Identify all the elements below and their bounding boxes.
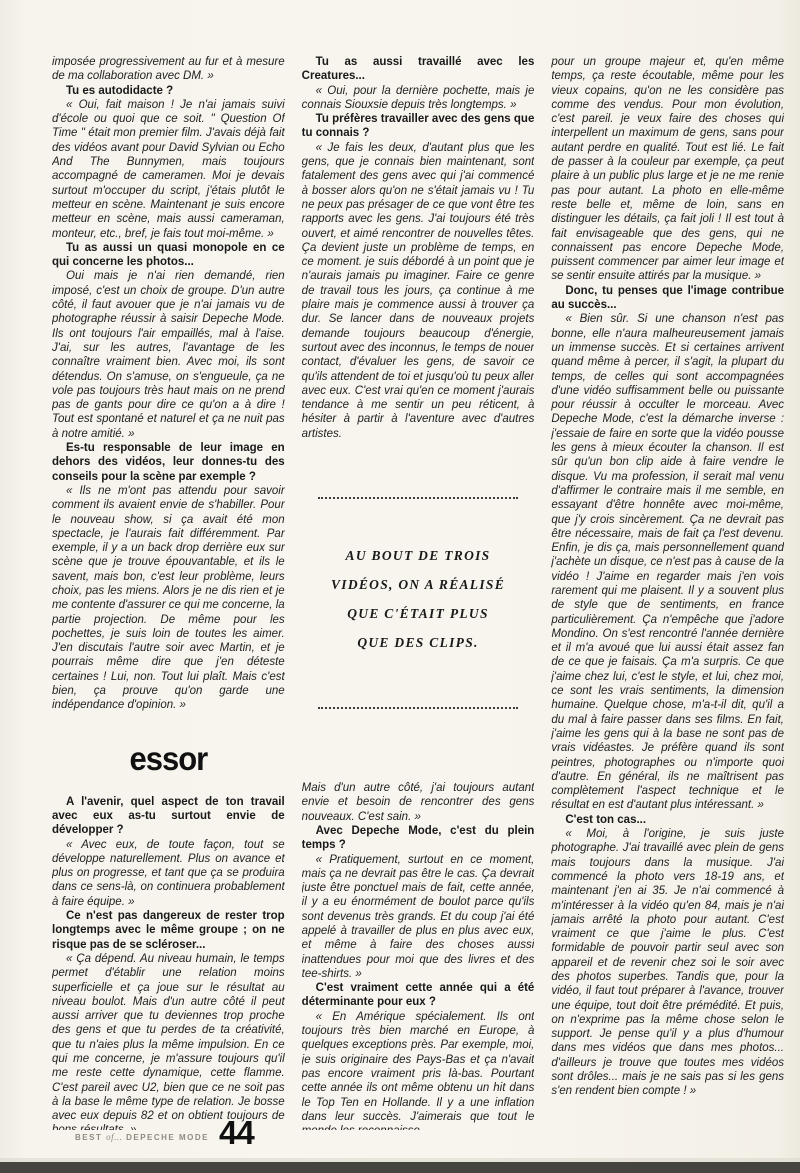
answer-paragraph: « Pratiquement, surtout en ce moment, ma… [302,853,535,982]
column-right: pour un groupe majeur et, qu'en même tem… [551,55,784,1130]
page-number: 44 [219,1118,254,1148]
question-paragraph: Tu es autodidacte ? [52,84,285,98]
pull-quote: AU BOUT DE TROIS VIDÉOS, ON A RÉALISÉ QU… [302,541,535,657]
magazine-title: BEST of... DEPECHE MODE [75,1132,209,1148]
answer-paragraph: imposée progressivement au fur et à mesu… [52,55,285,84]
answer-paragraph: « Avec eux, de toute façon, tout se déve… [52,838,285,909]
column-left: imposée progressivement au fur et à mesu… [52,55,285,1130]
pull-quote-line: VIDÉOS, ON A RÉALISÉ [302,570,535,599]
question-paragraph: Es-tu responsable de leur image en dehor… [52,441,285,484]
dotted-divider [318,707,518,709]
magazine-page: imposée progressivement au fur et à mesu… [0,0,800,1173]
column-middle: Tu as aussi travaillé avec les Creatures… [302,55,535,1130]
answer-paragraph: « Bien sûr. Si une chanson n'est pas bon… [551,312,784,812]
page-footer: BEST of... DEPECHE MODE 44 [75,1118,254,1148]
dotted-divider [318,497,518,499]
answer-paragraph: « Ça dépend. Au niveau humain, le temps … [52,952,285,1130]
answer-paragraph: « Moi, à l'origine, je suis juste photog… [551,827,784,1099]
question-paragraph: Tu préfères travailler avec des gens que… [302,112,535,141]
pull-quote-line: QUE DES CLIPS. [302,628,535,657]
answer-paragraph: « En Amérique spécialement. Ils ont touj… [302,1010,535,1130]
pull-quote-line: QUE C'ÉTAIT PLUS [302,599,535,628]
answer-paragraph: « Ils ne m'ont pas attendu pour savoir c… [52,484,285,713]
magazine-of: of... [106,1132,122,1142]
section-heading: essor [52,741,285,776]
question-paragraph: Donc, tu penses que l'image contribue au… [551,284,784,313]
question-paragraph: A l'avenir, quel aspect de ton travail a… [52,795,285,838]
answer-paragraph: pour un groupe majeur et, qu'en même tem… [551,55,784,284]
answer-paragraph: Mais d'un autre côté, j'ai toujours auta… [302,781,535,824]
answer-paragraph: « Oui, pour la dernière pochette, mais j… [302,84,535,113]
question-paragraph: Avec Depeche Mode, c'est du plein temps … [302,824,535,853]
question-paragraph: C'est ton cas... [551,813,784,827]
pull-quote-line: AU BOUT DE TROIS [302,541,535,570]
answer-paragraph: « Oui, fait maison ! Je n'ai jamais suiv… [52,98,285,241]
magazine-subject: DEPECHE MODE [126,1133,209,1142]
question-paragraph: C'est vraiment cette année qui a été dét… [302,981,535,1010]
question-paragraph: Tu as aussi travaillé avec les Creatures… [302,55,535,84]
answer-paragraph: Oui mais je n'ai rien demandé, rien impo… [52,269,285,441]
article-columns: imposée progressivement au fur et à mesu… [52,55,784,1130]
question-paragraph: Tu as aussi un quasi monopole en ce qui … [52,241,285,270]
scan-edge-strip [0,1162,800,1173]
question-paragraph: Ce n'est pas dangereux de rester trop lo… [52,909,285,952]
magazine-name: BEST [75,1133,102,1142]
answer-paragraph: « Je fais les deux, d'autant plus que le… [302,141,535,441]
